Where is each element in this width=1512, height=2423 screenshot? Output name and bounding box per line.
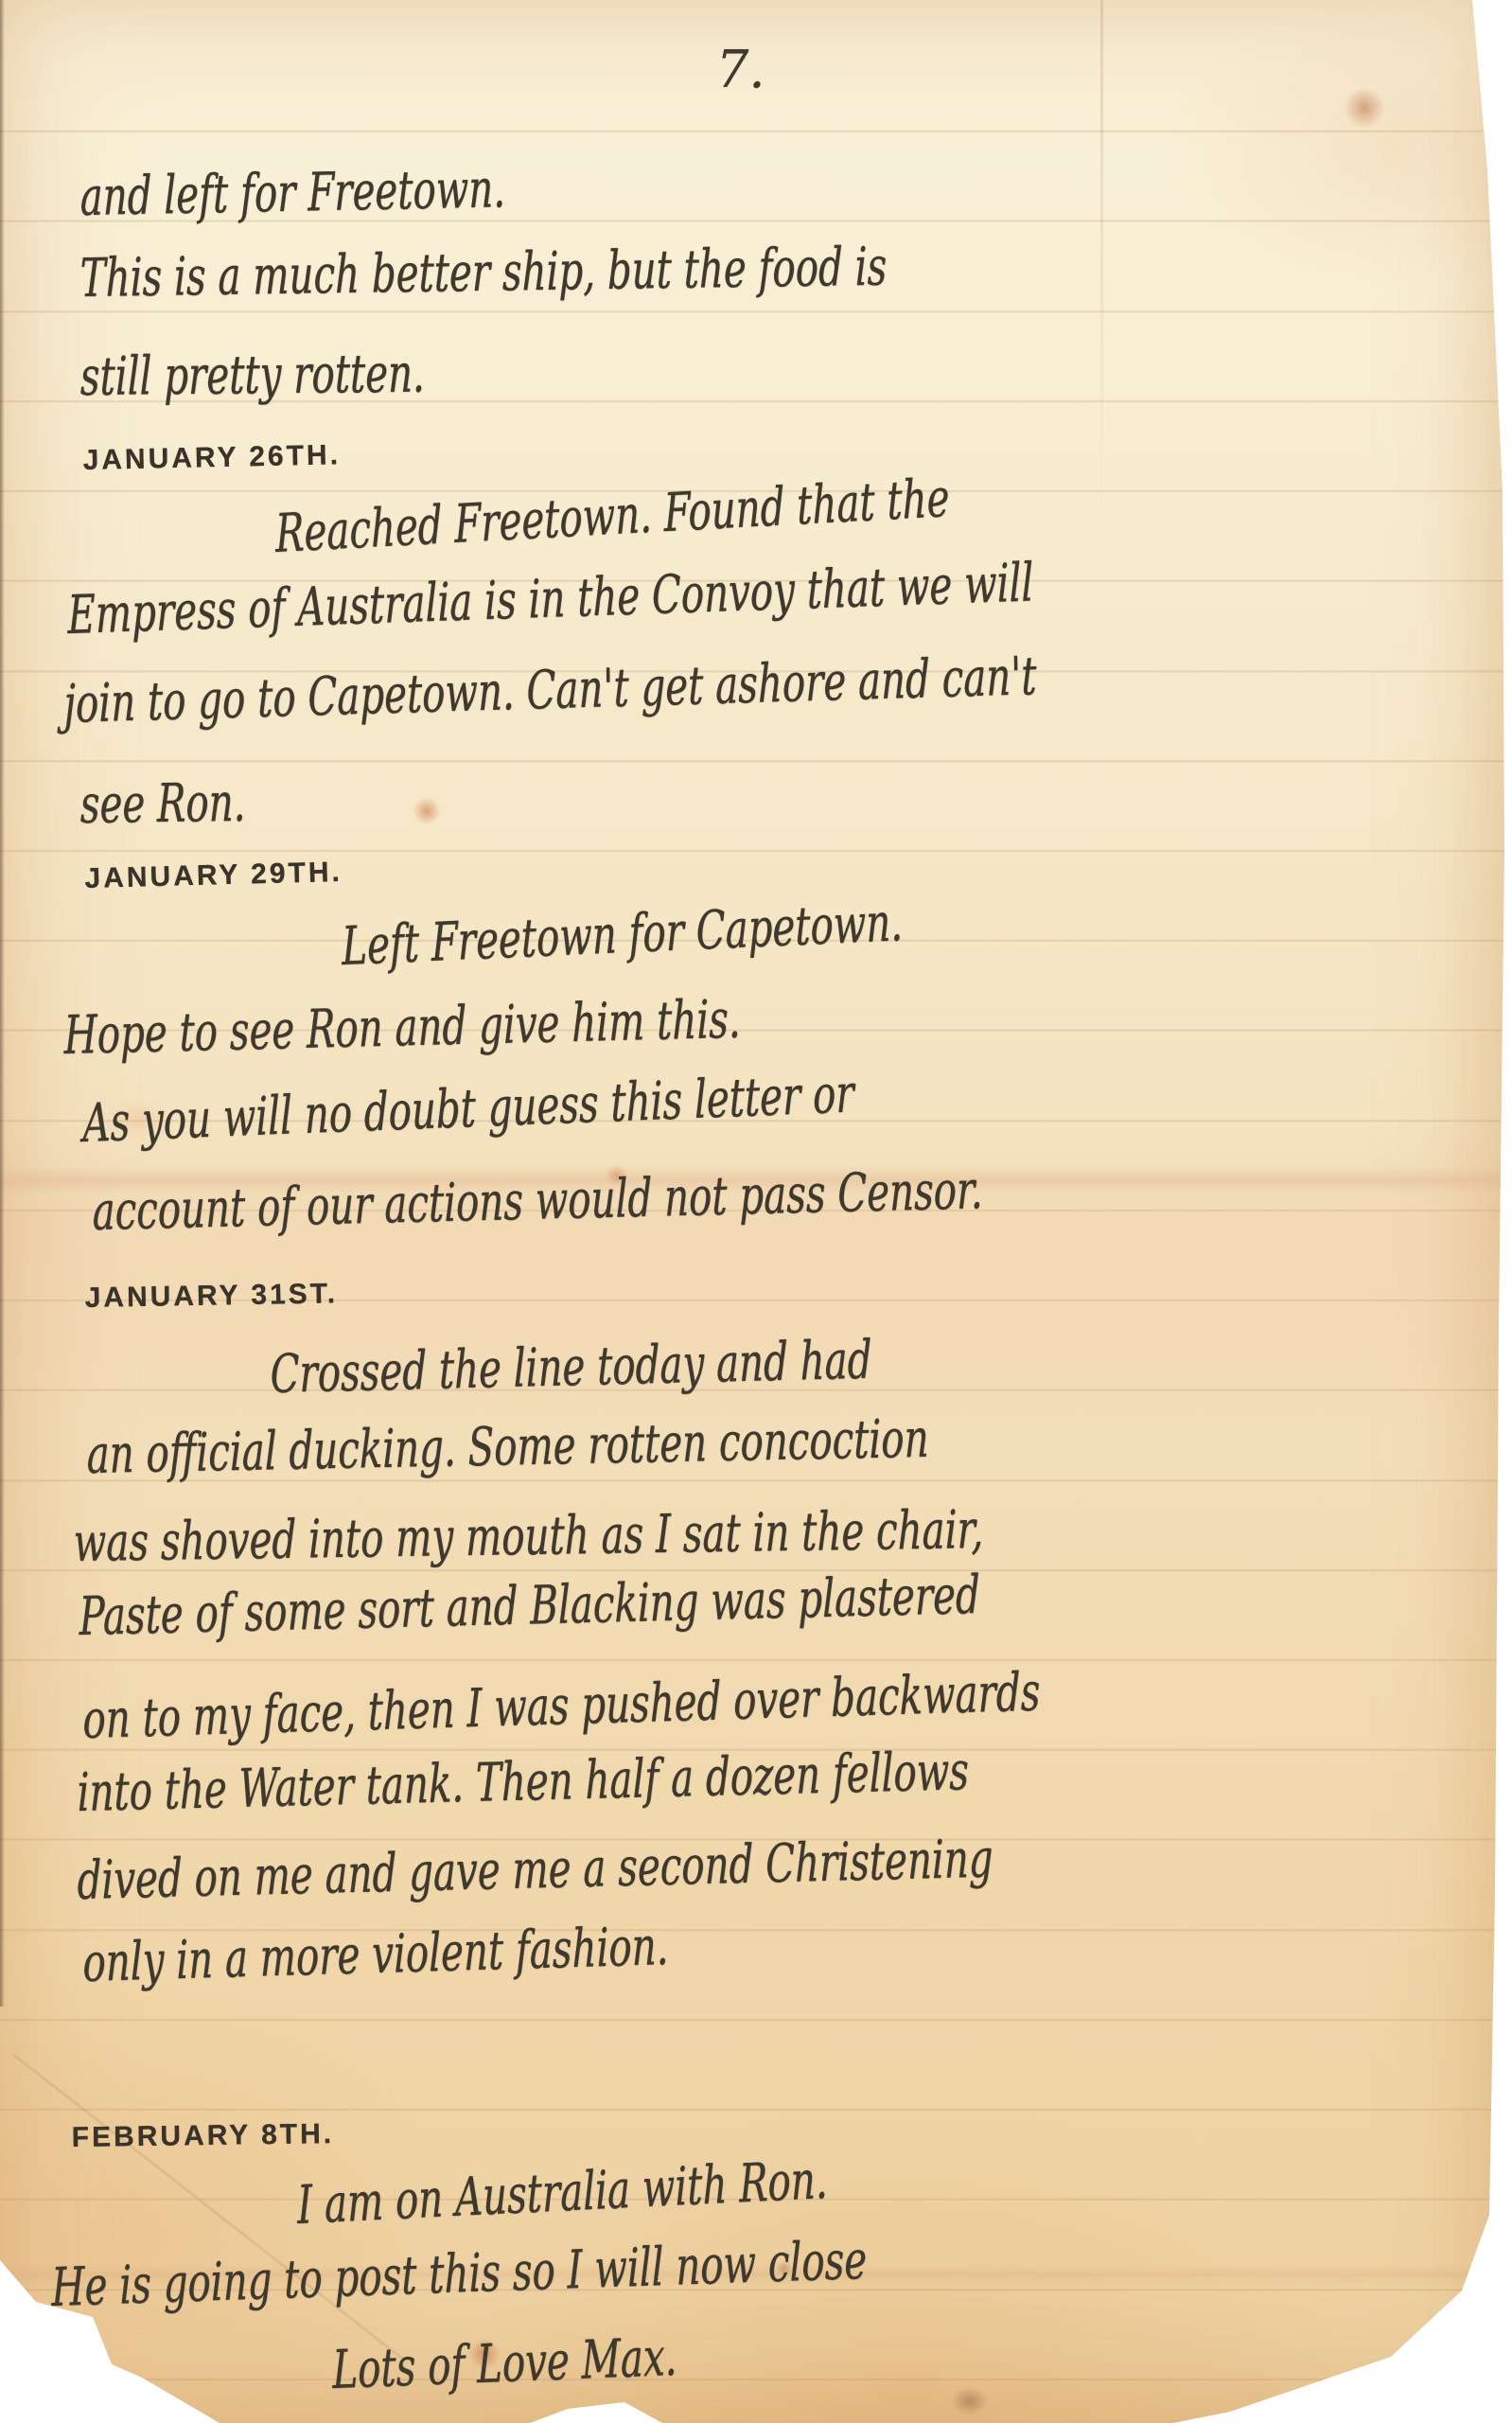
date-heading: JANUARY 31ST. (84, 1278, 338, 1315)
letter-paper: 7. and left for Freetown. This is a much… (0, 0, 1512, 2423)
handwriting-line: and left for Freetown. (79, 158, 505, 228)
date-heading: JANUARY 26TH. (82, 439, 341, 477)
scanner-edge-shadow (0, 0, 5, 2007)
scanned-letter-page: 7. and left for Freetown. This is a much… (0, 0, 1512, 2423)
date-heading: JANUARY 29TH. (84, 857, 343, 895)
date-heading: FEBRUARY 8TH. (72, 2118, 335, 2154)
page-number: 7. (716, 40, 765, 99)
handwriting-line: still pretty rotten. (80, 343, 425, 408)
handwriting-line: see Ron. (80, 772, 246, 836)
handwriting-line: This is a much better ship, but the food… (80, 237, 888, 310)
